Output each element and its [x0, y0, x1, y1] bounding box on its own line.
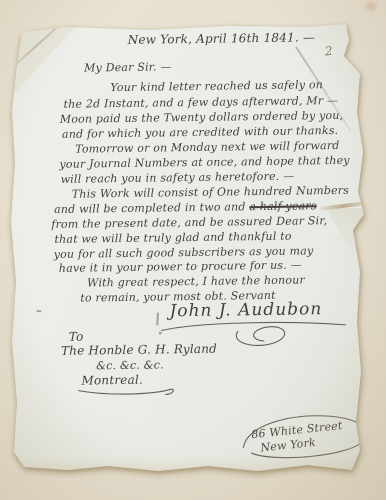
paper-crease-mark [156, 312, 158, 325]
body-line: your Journal Numbers at once, and hope t… [59, 154, 350, 171]
body-line: This Work will consist of One hundred Nu… [72, 184, 349, 201]
paper-speck [159, 331, 162, 334]
salutation: My Dear Sir. — [84, 60, 172, 74]
body-text: and will be completed in two and [54, 200, 249, 216]
address-line: To [69, 330, 84, 344]
body-line: Your kind letter reached us safely on [110, 78, 323, 94]
body-line: that we will be truly glad and thankful … [54, 230, 291, 246]
address-line: The Honble G. H. Ryland [61, 342, 217, 358]
body-line: the 2d Instant, and a few days afterward… [64, 94, 339, 111]
address-line: &c. &c. &c. [96, 358, 164, 372]
dateline: New York, April 16th 1841. — [128, 30, 316, 47]
body-line: and for which you are credited with our … [62, 124, 338, 141]
montreal-underline-flourish [79, 386, 179, 399]
body-line: from the present date, and be assured De… [51, 214, 327, 231]
address-line: Montreal. [81, 373, 143, 388]
body-line: Tomorrow or on Monday next we will forwa… [75, 139, 339, 156]
handwriting-layer: New York, April 16th 1841. — 2 My Dear S… [7, 18, 369, 473]
paper-shadow-wrap: New York, April 16th 1841. — 2 My Dear S… [0, 0, 386, 500]
closing-line: With great respect, I have the honour [87, 273, 305, 289]
scanned-letter-page: New York, April 16th 1841. — 2 My Dear S… [0, 0, 386, 500]
letter-paper: New York, April 16th 1841. — 2 My Dear S… [8, 22, 364, 472]
body-line: will reach you in safety as heretofore. … [61, 170, 295, 186]
struck-text: a half years [249, 199, 317, 213]
body-line: have it in your power to procure for us.… [59, 258, 302, 274]
page-number: 2 [324, 44, 333, 59]
body-line-with-strikethrough: and will be completed in two and a half … [54, 199, 317, 216]
paper-speck [36, 310, 41, 312]
body-line: Moon paid us the Twenty dollars ordered … [60, 109, 344, 126]
